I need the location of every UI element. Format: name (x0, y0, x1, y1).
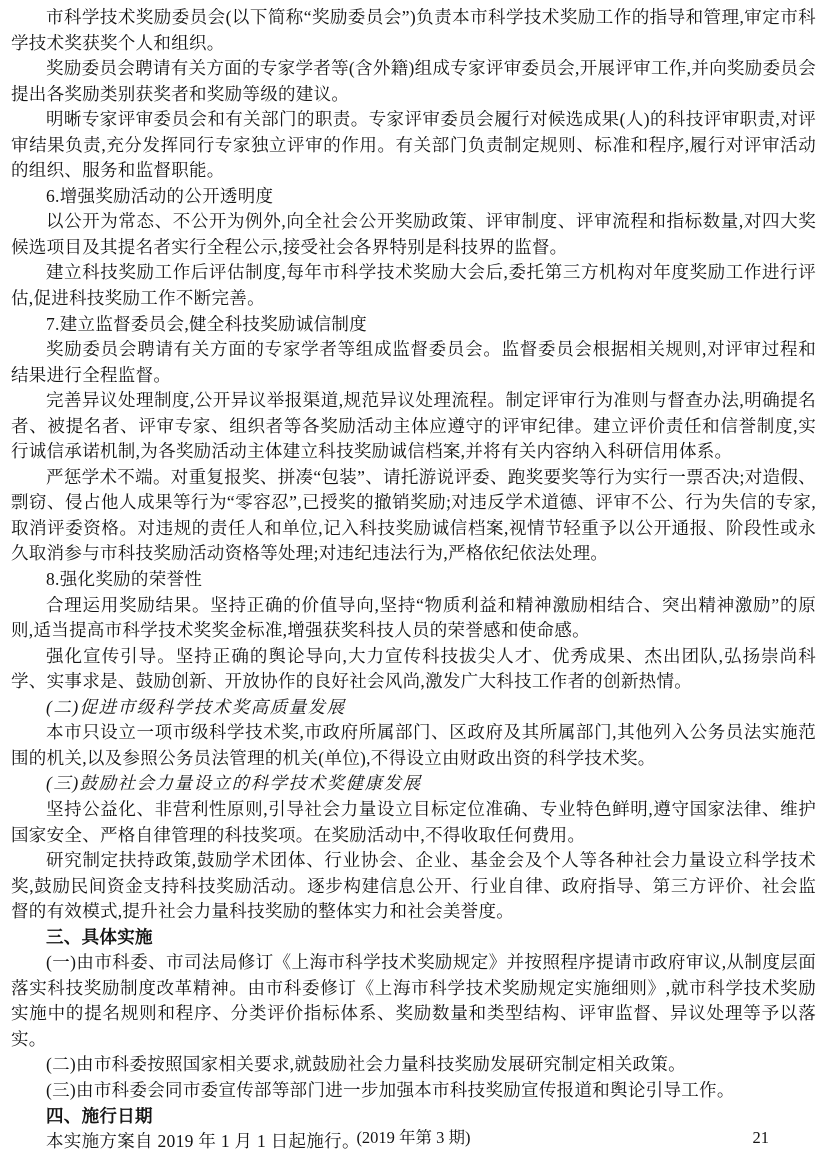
paragraph: 本市只设立一项市级科学技术奖,市政府所属部门、区政府及其所属部门,其他列入公务员… (11, 720, 816, 771)
paragraph: 明晰专家评审委员会和有关部门的职责。专家评审委员会履行对候选成果(人)的科技评审… (11, 107, 816, 184)
page-footer: (2019 年第 3 期) 21 (0, 1125, 827, 1151)
paragraph: 市科学技术奖励委员会(以下简称“奖励委员会”)负责本市科学技术奖励工作的指导和管… (11, 5, 816, 56)
numbered-heading-8: 8.强化奖励的荣誉性 (11, 567, 816, 593)
paragraph: 坚持公益化、非营利性原则,引导社会力量设立目标定位准确、专业特色鲜明,遵守国家法… (11, 797, 816, 848)
paragraph: 奖励委员会聘请有关方面的专家学者等(含外籍)组成专家评审委员会,开展评审工作,并… (11, 56, 816, 107)
paragraph: 合理运用奖励结果。坚持正确的价值导向,坚持“物质利益和精神激励相结合、突出精神激… (11, 593, 816, 644)
paragraph: 强化宣传引导。坚持正确的舆论导向,大力宣传科技拔尖人才、优秀成果、杰出团队,弘扬… (11, 644, 816, 695)
paragraph: 以公开为常态、不公开为例外,向全社会公开奖励政策、评审制度、评审流程和指标数量,… (11, 209, 816, 260)
paragraph: 严惩学术不端。对重复报奖、拼凑“包装”、请托游说评委、跑奖要奖等行为实行一票否决… (11, 465, 816, 567)
numbered-heading-7: 7.建立监督委员会,健全科技奖励诚信制度 (11, 312, 816, 338)
paragraph: 研究制定扶持政策,鼓励学术团体、行业协会、企业、基金会及个人等各种社会力量设立科… (11, 848, 816, 925)
paragraph: (二)由市科委按照国家相关要求,就鼓励社会力量科技奖励发展研究制定相关政策。 (11, 1052, 816, 1078)
paragraph: 奖励委员会聘请有关方面的专家学者等组成监督委员会。监督委员会根据相关规则,对评审… (11, 337, 816, 388)
numbered-heading-6: 6.增强奖励活动的公开透明度 (11, 184, 816, 210)
paragraph: 建立科技奖励工作后评估制度,每年市科学技术奖励大会后,委托第三方机构对年度奖励工… (11, 260, 816, 311)
issue-label: (2019 年第 3 期) (0, 1125, 827, 1151)
page-number: 21 (753, 1125, 770, 1151)
document-page: 市科学技术奖励委员会(以下简称“奖励委员会”)负责本市科学技术奖励工作的指导和管… (0, 0, 827, 1170)
paragraph: (一)由市科委、市司法局修订《上海市科学技术奖励规定》并按照程序提请市政府审议,… (11, 950, 816, 1052)
section-heading-3: 三、具体实施 (11, 925, 816, 951)
paragraph: 完善异议处理制度,公开异议举报渠道,规范异议处理流程。制定评审行为准则与督查办法… (11, 388, 816, 465)
document-body: 市科学技术奖励委员会(以下简称“奖励委员会”)负责本市科学技术奖励工作的指导和管… (11, 5, 816, 1155)
subsection-heading-2: (二)促进市级科学技术奖高质量发展 (11, 695, 816, 721)
paragraph: (三)由市科委会同市委宣传部等部门进一步加强本市科技奖励宣传报道和舆论引导工作。 (11, 1078, 816, 1104)
subsection-heading-3: (三)鼓励社会力量设立的科学技术奖健康发展 (11, 771, 816, 797)
